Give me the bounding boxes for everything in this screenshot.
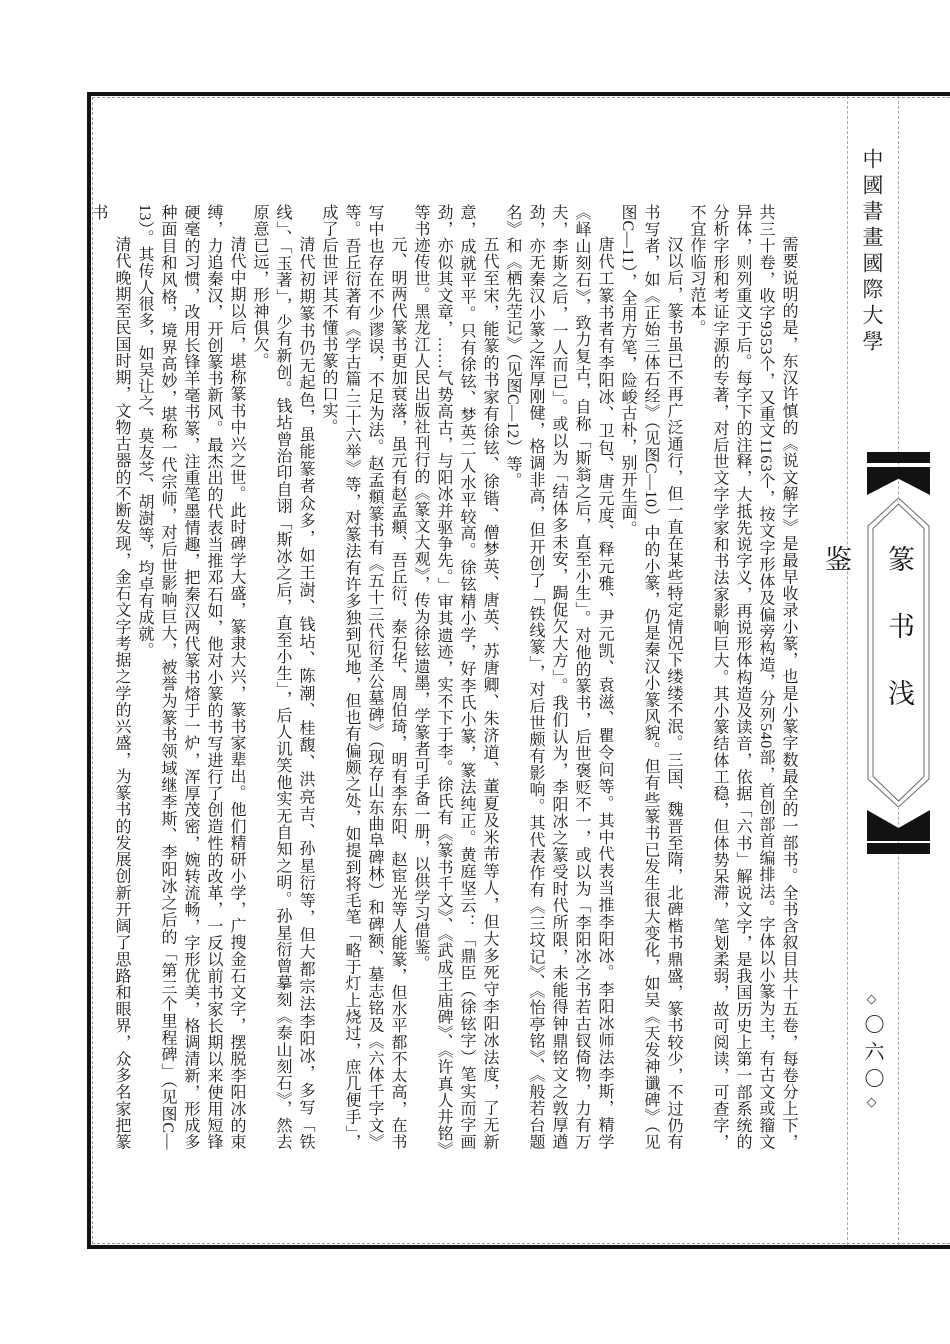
- banner-ribbon-top-icon: [867, 467, 930, 495]
- banner-ribbon-bottom-icon: [867, 810, 930, 841]
- paragraph: 需要说明的是，东汉许慎的《说文解字》是最早收录小篆，也是小篆字数最全的一部书。全…: [685, 204, 800, 1150]
- paragraph: 汉以后，篆书虽已不再广泛通行，但一直在某些特定情况下缕缕不泯。三国、魏晋至隋，北…: [616, 204, 685, 1150]
- banner-top-bar: [867, 452, 930, 463]
- paragraph: 元、明两代篆书更加衰落，虽元有赵孟頫、吾丘衍、泰石华、周伯琦，明有李东阳、赵宦光…: [317, 204, 409, 1150]
- folio: ◇〇六〇◇: [860, 992, 884, 1117]
- paragraph: 清代初期篆书仍无起色，虽能篆者众多，如王澍、钱坫、陈潮、桂馥、洪亮吉、孙星衍等，…: [248, 204, 317, 1150]
- paragraph: 五代至宋，能篆的书家有徐铉、徐锴、僧梦英、唐英、苏唐卿、朱济道、董夏及米芾等人，…: [409, 204, 501, 1150]
- banner-panel: 篆书浅鉴: [867, 497, 930, 808]
- folio-ornament-top-icon: ◇: [865, 992, 880, 1014]
- folio-number: 〇六〇: [861, 1014, 883, 1095]
- series-banner: 篆书浅鉴: [867, 452, 930, 854]
- paragraph: 清代中期以后，堪称篆书中兴之世。此时碑学大盛，篆隶大兴，篆书家辈出。他们精研小学…: [133, 204, 248, 1150]
- book-page: 需要说明的是，东汉许慎的《说文解字》是最早收录小篆，也是小篆字数最全的一部书。全…: [0, 0, 950, 1344]
- paragraph: 唐代工篆书者有李阳冰、卫包、唐元度、释元雅、尹元凯、袁滋、瞿令问等。其中代表当推…: [501, 204, 616, 1150]
- banner-bottom-bar: [867, 843, 930, 854]
- paragraph: 清代晚期至民国时期，文物古器的不断发现，金石文字考据之学的兴盛，为篆书的发展创新…: [87, 204, 133, 1150]
- institution-title: 中國書畫國際大學: [860, 148, 884, 356]
- folio-ornament-bottom-icon: ◇: [865, 1095, 880, 1117]
- text-block: 需要说明的是，东汉许慎的《说文解字》是最早收录小篆，也是小篆字数最全的一部书。全…: [87, 204, 800, 1150]
- margin-rule-inner: [847, 96, 848, 1245]
- series-title: 篆书浅鉴: [867, 545, 930, 808]
